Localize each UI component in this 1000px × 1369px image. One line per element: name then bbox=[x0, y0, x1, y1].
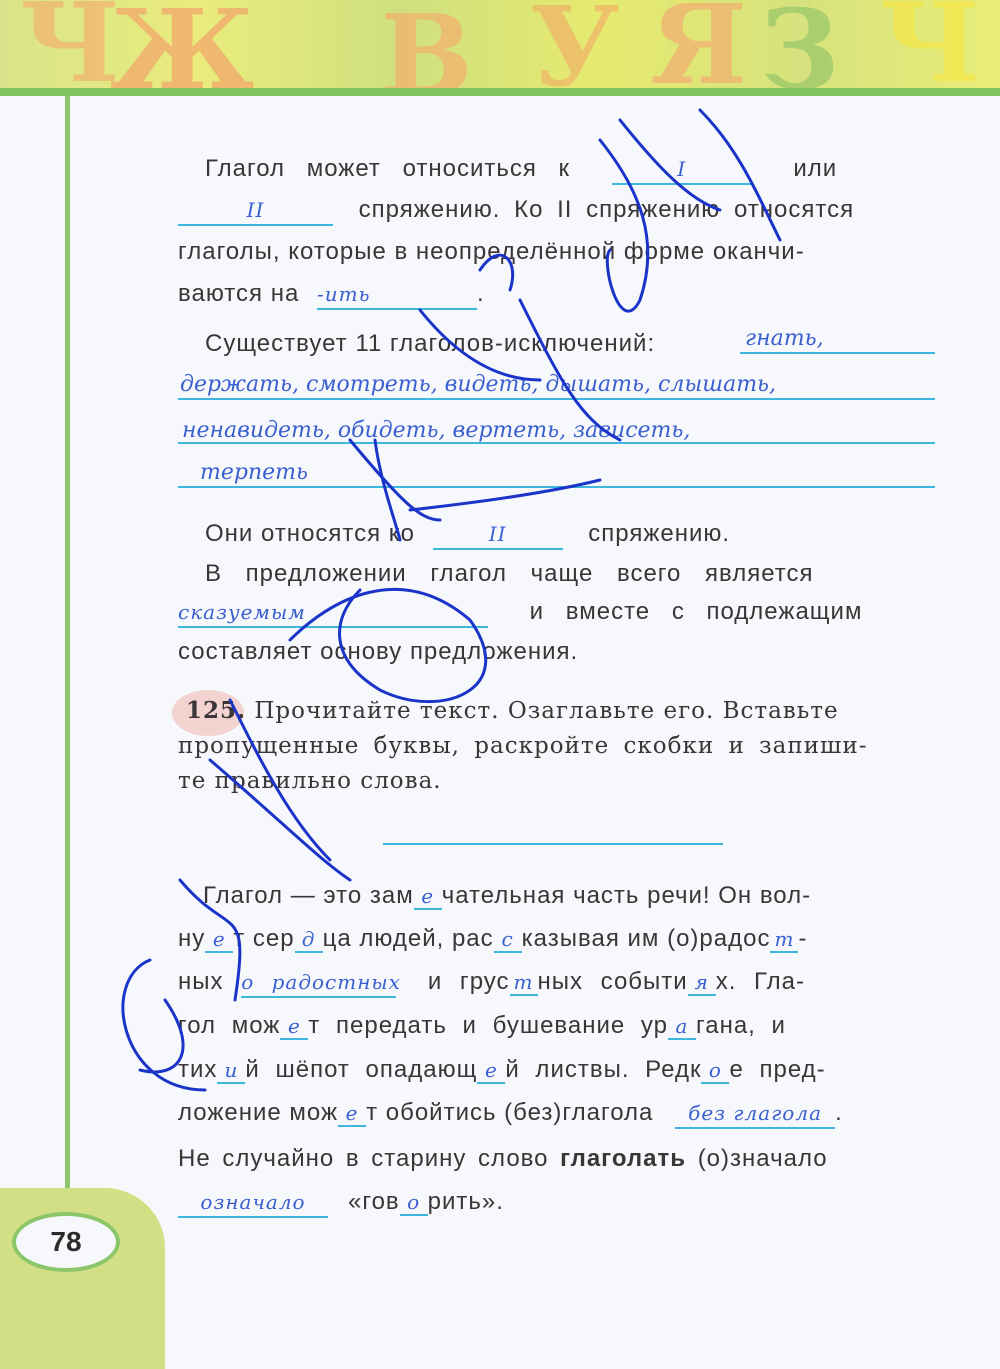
letter-field[interactable]: о bbox=[701, 1058, 729, 1084]
rule-line-12: составляет основу предложения. bbox=[178, 638, 578, 666]
text-line-1: Глагол — это замечательная часть речи! О… bbox=[203, 882, 811, 910]
letter-field[interactable]: е bbox=[414, 884, 442, 910]
answer-field-word[interactable]: без глагола bbox=[675, 1099, 835, 1129]
task-instruction-line-2: пропущенные буквы, раскройте скобки и за… bbox=[178, 733, 868, 759]
letter-field[interactable]: т bbox=[770, 927, 798, 953]
answer-field-word[interactable]: означало bbox=[178, 1188, 328, 1218]
answer-field-sentence-role[interactable]: сказуемым bbox=[178, 598, 488, 628]
page-number: 78 bbox=[12, 1212, 120, 1272]
banner-stripe bbox=[0, 88, 1000, 96]
answer-field-exceptions-conjugation[interactable]: II bbox=[433, 520, 563, 550]
header-banner: Ч Ж В У Я З Ч bbox=[0, 0, 1000, 90]
banner-letter: У bbox=[530, 0, 619, 90]
task-instruction-line-3: те правильно слова. bbox=[178, 768, 442, 794]
rule-line-10: В предложении глагол чаще всего является bbox=[205, 560, 814, 588]
text-line-4: гол может передать и бушевание урагана, … bbox=[178, 1012, 786, 1040]
text-line-3: ных о радостных и грустных событиях. Гла… bbox=[178, 968, 805, 998]
rule-line-5: Существует 11 глаголов-исключений: bbox=[205, 330, 655, 358]
text-line-2: нует сердца людей, рассказывая им (о)рад… bbox=[178, 925, 807, 953]
letter-field[interactable]: д bbox=[295, 927, 323, 953]
letter-field[interactable]: а bbox=[668, 1014, 696, 1040]
text-line-6: ложение может обойтись (без)глагола без … bbox=[178, 1099, 843, 1129]
letter-field[interactable]: и bbox=[217, 1058, 245, 1084]
rule-line-4: ваются на -ить. bbox=[178, 280, 485, 310]
answer-line[interactable] bbox=[740, 352, 935, 354]
answer-line[interactable] bbox=[178, 398, 935, 400]
letter-field[interactable]: я bbox=[688, 970, 716, 996]
banner-letter: З bbox=[760, 0, 839, 90]
answer-line[interactable] bbox=[178, 442, 935, 444]
letter-field[interactable]: е bbox=[280, 1014, 308, 1040]
letter-field[interactable]: с bbox=[494, 927, 522, 953]
banner-letter: Ж bbox=[110, 0, 254, 90]
answer-field-ending[interactable]: -ить bbox=[317, 280, 477, 310]
handwritten-answer: терпеть bbox=[200, 460, 308, 485]
text-line-7: Не случайно в старину слово глаголать (о… bbox=[178, 1145, 828, 1173]
rule-line-1: Глагол может относиться к I или bbox=[205, 155, 837, 185]
title-answer-line[interactable] bbox=[383, 843, 723, 845]
letter-field[interactable]: т bbox=[510, 970, 538, 996]
banner-letter: В bbox=[380, 0, 473, 90]
answer-field-word[interactable]: о радостных bbox=[241, 968, 396, 998]
banner-letter: Ч bbox=[880, 0, 980, 90]
letter-field[interactable]: о bbox=[400, 1190, 428, 1216]
letter-field[interactable]: е bbox=[205, 927, 233, 953]
task-instruction-line-1: 125. Прочитайте текст. Озаглавьте его. В… bbox=[186, 697, 839, 724]
bold-word: глаголать bbox=[560, 1145, 686, 1172]
answer-field-conjugation-2[interactable]: II bbox=[178, 196, 333, 226]
handwritten-answer: гнать, bbox=[745, 326, 824, 351]
letter-field[interactable]: е bbox=[477, 1058, 505, 1084]
letter-field[interactable]: е bbox=[338, 1101, 366, 1127]
rule-line-2: II спряжению. Ко II спряжению относятся bbox=[178, 196, 854, 226]
handwritten-answer: ненавидеть, обидеть, вертеть, зависеть, bbox=[182, 418, 690, 443]
text-line-5: тихий шёпот опадающей листвы. Редкое пре… bbox=[178, 1056, 826, 1084]
answer-line[interactable] bbox=[178, 486, 935, 488]
banner-letter: Я bbox=[650, 0, 747, 90]
task-number: 125. bbox=[186, 697, 246, 724]
text-line-8: означало«говорить». bbox=[178, 1188, 504, 1218]
rule-line-3: глаголы, которые в неопределённой форме … bbox=[178, 238, 805, 266]
handwritten-answer: держать, смотреть, видеть, дышать, слыша… bbox=[180, 372, 776, 397]
banner-letter: Ч bbox=[20, 0, 120, 90]
answer-field-conjugation-1[interactable]: I bbox=[612, 155, 752, 185]
rule-line-9: Они относятся ко II спряжению. bbox=[205, 520, 730, 550]
margin-line bbox=[65, 96, 70, 1246]
rule-line-11: сказуемым и вместе с подлежащим bbox=[178, 598, 862, 628]
